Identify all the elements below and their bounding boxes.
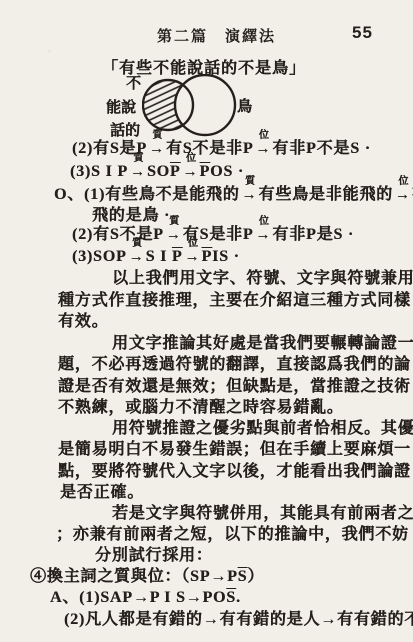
arrow-label: 位 <box>186 154 196 164</box>
venn-left-label-line3: 話的 <box>110 119 140 140</box>
arrow-label: 質 <box>133 154 143 164</box>
text-line: ④換主詞之質與位：（SP→PS） <box>30 567 264 587</box>
overlined-term: S <box>238 568 248 585</box>
text-run: 以上我們用文字、符號、文字與符號兼用三 <box>112 270 413 287</box>
labeled-arrow: 位→ <box>253 225 272 245</box>
text-run: 有效。 <box>58 313 108 330</box>
text-line: 是簡易明白不易發生錯誤；但在手續上要麻煩一 <box>58 440 411 460</box>
text-run: 有些鳥是非能飛的 <box>259 186 393 203</box>
text-run: ） <box>247 568 264 585</box>
text-run: IS · <box>212 248 240 265</box>
text-line: 飛的是鳥 · <box>92 206 170 226</box>
overlined-term: P <box>172 248 183 265</box>
venn-left-label-line2: 能說 <box>106 96 136 117</box>
arrow-icon: → <box>183 164 198 180</box>
text-run: 有S不是非P <box>166 140 253 157</box>
text-run: S I <box>146 248 172 265</box>
venn-right-label: 鳥 <box>237 95 252 116</box>
text-line: (2)凡人都是有錯的→有有錯的是人→有有錯的不是· <box>64 610 413 630</box>
arrow-icon: → <box>255 227 270 243</box>
labeled-arrow: 質→ <box>240 185 259 205</box>
arrow-icon: → <box>242 187 257 203</box>
labeled-arrow: 位→ <box>181 162 200 182</box>
text-line: A、(1)SAP→P I S→POS. <box>50 588 241 608</box>
text-run: 題，不必再透過符號的翻譯，直接認爲我們的論 <box>58 356 411 373</box>
labeled-arrow: 質→ <box>147 139 166 159</box>
text-run: ；亦兼有前兩者之短，以下的推論中，我們不妨 <box>56 526 409 543</box>
text-line: 用文字推論其好處是當我們要輾轉論證一問 <box>112 334 413 354</box>
arrow-icon: → <box>166 227 181 243</box>
venn-circles <box>142 74 242 138</box>
labeled-arrow: 位→ <box>182 247 201 267</box>
text-run: (3)S I P <box>70 163 128 180</box>
text-line: 若是文字與符號併用，其能具有前兩者之長 <box>112 504 413 524</box>
labeled-arrow: 質→ <box>128 162 147 182</box>
arrow-label: 位 <box>259 131 269 141</box>
overlined-term: P <box>200 163 211 180</box>
arrow-label: 位 <box>398 177 408 187</box>
arrow-label: 質 <box>132 239 142 249</box>
venn-left-label-line1: 不 <box>126 72 141 93</box>
labeled-arrow: 質→ <box>127 247 146 267</box>
text-line: 用符號推證之優劣點與前者恰相反。其優點 <box>112 419 413 439</box>
text-line: 證是否有效還是無效；但缺點是，當推證之技術 <box>58 377 411 397</box>
text-run: (2)凡人都是有錯的→有有錯的是人→有有錯的不是· <box>64 611 413 628</box>
text-run: (2)有S不是P <box>72 226 164 243</box>
text-line: ；亦兼有前兩者之短，以下的推論中，我們不妨 <box>56 525 409 545</box>
text-run: 分別試行採用： <box>95 547 213 564</box>
section-header: 第二篇 演繹法 <box>157 25 276 46</box>
labeled-arrow: 質→ <box>164 225 183 245</box>
arrow-label: 位 <box>259 217 269 227</box>
text-run: . <box>236 589 241 606</box>
overlined-term: S <box>226 589 236 606</box>
text-run: (3)SOP <box>72 248 127 265</box>
text-run: 若是文字與符號併用，其能具有前兩者之長 <box>112 505 413 522</box>
overlined-term: P <box>170 163 181 180</box>
text-run: 種方式作直接推理，主要在介紹這三種方式同樣 <box>58 292 411 309</box>
arrow-icon: → <box>149 141 164 157</box>
arrow-icon: → <box>129 249 144 265</box>
arrow-icon: → <box>255 141 270 157</box>
text-run: A、(1)SAP→P I S→PO <box>50 589 226 606</box>
arrow-label: 質 <box>169 217 179 227</box>
text-run: 有非P不是S · <box>272 140 370 157</box>
arrow-label: 位 <box>188 239 198 249</box>
text-run: 用符號推證之優劣點與前者恰相反。其優點 <box>112 420 413 437</box>
text-line: 有效。 <box>58 312 108 332</box>
labeled-arrow: 位→ <box>393 185 412 205</box>
text-run: ④換主詞之質與位：（SP→P <box>30 568 238 585</box>
labeled-arrow: 位→ <box>253 139 272 159</box>
text-run: 不熟練，或腦力不清醒之時容易錯亂。 <box>58 399 344 416</box>
text-run: 飛的是鳥 · <box>92 207 170 224</box>
text-line: 題，不必再透過符號的翻譯，直接認爲我們的論 <box>58 355 411 375</box>
text-line: (2)有S不是P質→有S是非P位→有非P是S · <box>72 225 354 245</box>
page-number: 55 <box>352 23 373 43</box>
text-run: 是簡易明白不易發生錯誤；但在手續上要麻煩一 <box>58 441 411 458</box>
text-run: SO <box>147 163 170 180</box>
text-line: 以上我們用文字、符號、文字與符號兼用三 <box>112 269 413 289</box>
text-run: OS · <box>210 163 244 180</box>
text-line: 不熟練，或腦力不清醒之時容易錯亂。 <box>58 398 344 418</box>
arrow-icon: → <box>184 249 199 265</box>
arrow-icon: → <box>395 187 410 203</box>
text-run: O、(1)有些鳥不是能飛的 <box>54 186 240 203</box>
text-run: 有非P是S · <box>272 226 354 243</box>
text-run: 是否正確。 <box>60 484 144 501</box>
text-line: 分別試行採用： <box>95 546 213 566</box>
text-line: (3)S I P質→SOP位→POS · <box>70 162 244 182</box>
text-run: 用文字推論其好處是當我們要輾轉論證一問 <box>112 335 413 352</box>
arrow-icon: → <box>130 164 145 180</box>
arrow-label: 質 <box>152 131 162 141</box>
text-line: (2)有S是P質→有S不是非P位→有非P不是S · <box>72 139 371 159</box>
text-line: O、(1)有些鳥不是能飛的質→有些鳥是非能飛的位→有非能 <box>54 185 413 205</box>
scanned-book-page: 第二篇 演繹法 55 「有些不能說話的不是鳥」 不 能說 話的 鳥 (2)有S是… <box>0 0 413 642</box>
text-run: 點，要將符號代入文字以後，才能看出我們論證 <box>58 463 411 480</box>
text-line: (3)SOP質→S I P位→PIS · <box>72 247 240 267</box>
overlined-term: P <box>201 248 212 265</box>
arrow-label: 質 <box>245 177 255 187</box>
text-run: 證是否有效還是無效；但缺點是，當推證之技術 <box>58 378 411 395</box>
text-line: 是否正確。 <box>60 483 144 503</box>
text-line: 種方式作直接推理，主要在介紹這三種方式同樣 <box>58 291 411 311</box>
text-line: 點，要將符號代入文字以後，才能看出我們論證 <box>58 462 411 482</box>
